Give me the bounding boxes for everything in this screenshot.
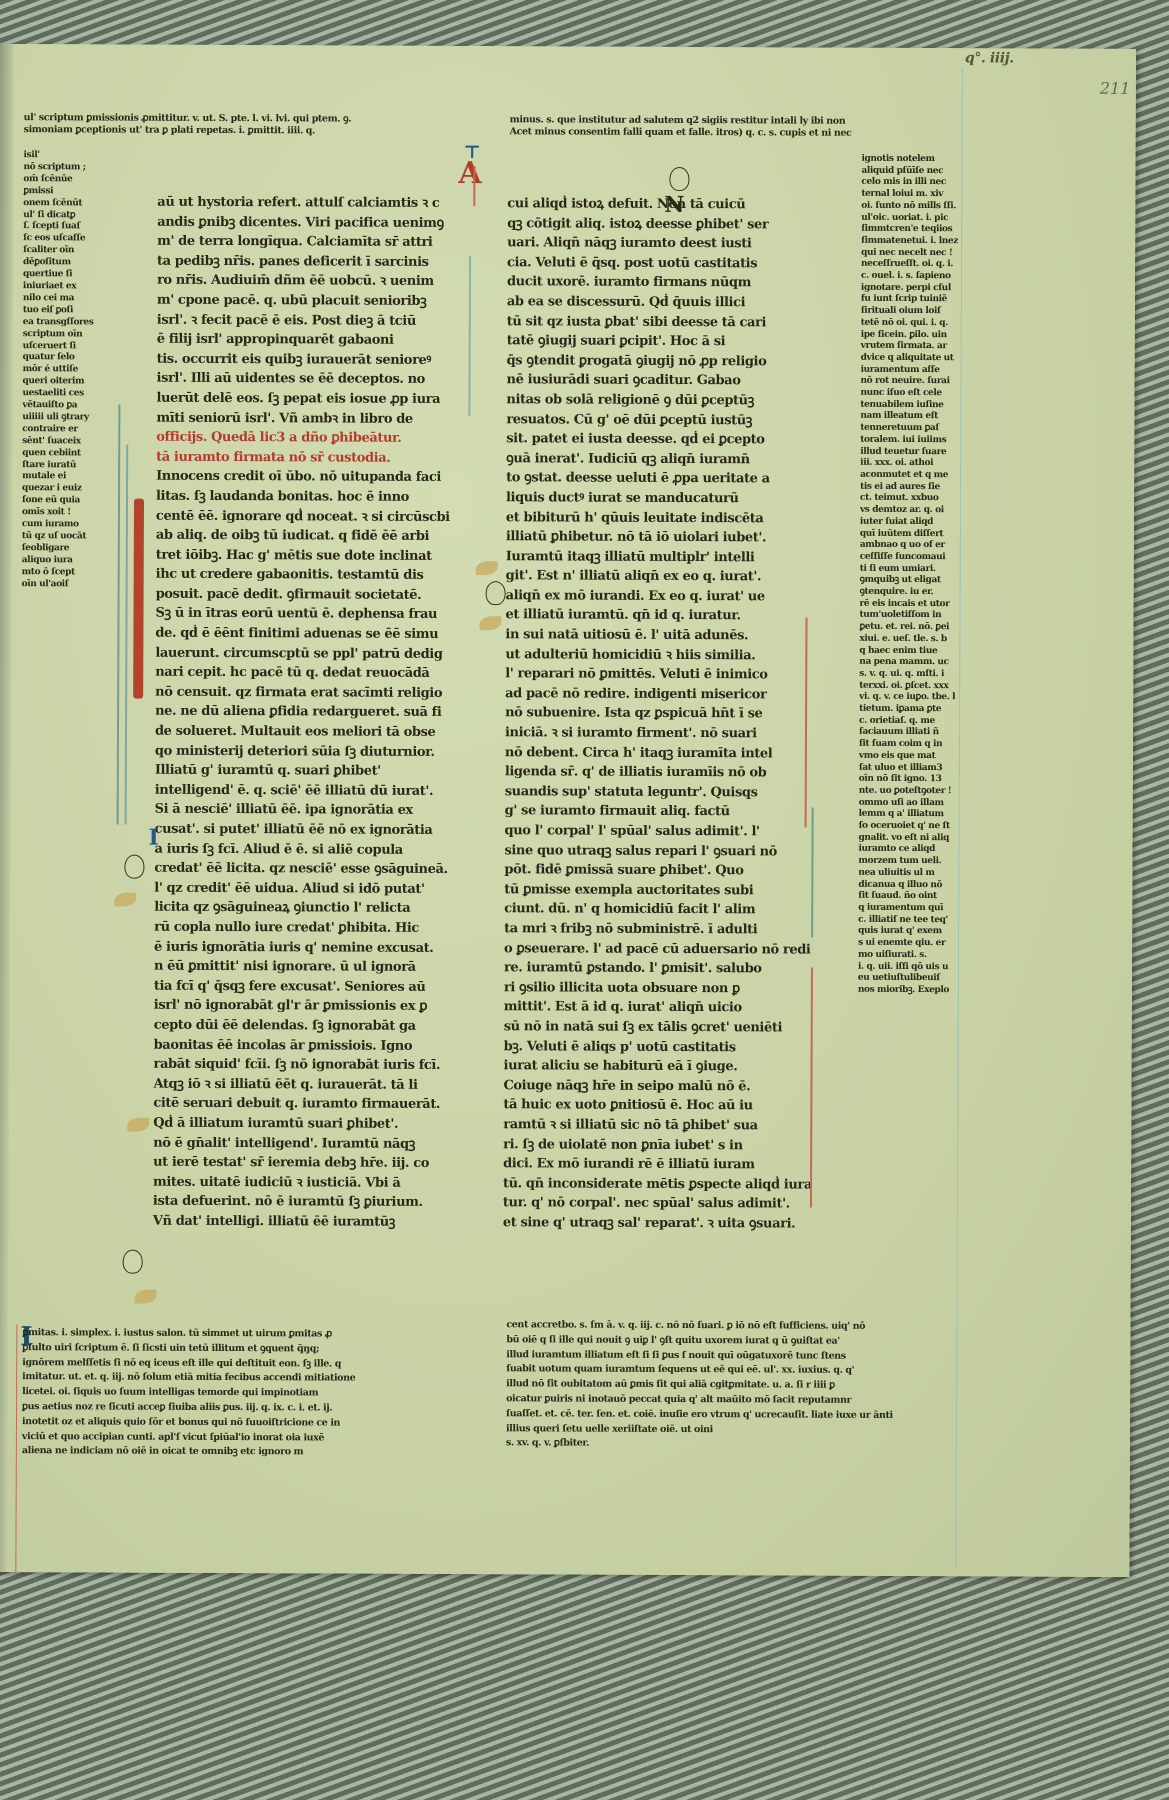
foliate-ornament [479, 616, 501, 630]
gloss-line: lemm q a' illiatum [859, 809, 989, 821]
text-line: n ēū ꝑmittit' nisi ignorare. ū ul ignorā [154, 957, 464, 978]
gloss-line: quertiue ſi [23, 269, 101, 281]
text-line: ligenda sr̄. q' de illiatis iuramīis nō … [505, 762, 815, 783]
text-line: et bibiturū h' qūuis leuitate indiscēta [506, 508, 816, 529]
text-line: qꝫ cōtigit aliq. istoꝝ deesse ꝑhibet' se… [507, 214, 817, 235]
text-line: l' qz credit' ēē uidua. Aliud si idō put… [154, 878, 464, 899]
text-line: et illiatū iuramtū. qn̄ id q. iuratur. [505, 606, 815, 627]
gloss-line: ſat uluo et illiam3 [859, 762, 989, 774]
gloss-line: vs demtoz ar. q. oi [860, 505, 990, 517]
gloss-line: bū oiē q ſi ille qui nouit ꝯ uiꝑ l' ꝯſt … [506, 1333, 986, 1350]
gloss-line: nunc iſuo eſt cele [860, 388, 990, 400]
text-line: ro nr̄is. Audiuim̄ dñm ēē uobcū. ꝛ uenim [157, 271, 467, 292]
gloss-line: ceſſiſſe ſuncomaui [860, 552, 990, 564]
text-line: nō subuenire. Ista qz ꝑspicuā hn̄t ī se [505, 704, 815, 725]
gloss-line: dicanua q illuo nō [858, 879, 988, 891]
initial-flourish [473, 166, 475, 206]
gloss-line: uestaeliti ces [22, 388, 100, 400]
text-line: lauerunt. circumscptū se ppl' patrū dedi… [155, 643, 465, 664]
text-line: dici. Ex mō iurandi rē ē illiatū iuram [503, 1154, 813, 1175]
gloss-line: mōr é uttiſe [23, 364, 101, 376]
foliate-ornament [135, 1290, 157, 1304]
gloss-line: nea uliuitis ul m [858, 868, 988, 880]
text-line: ri. ſꝫ de uiolatē non ꝑnīa iubet' s in [503, 1135, 813, 1156]
gloss-line: tenuabilem iuſine [860, 400, 990, 412]
text-line: tū sit qz iusta ꝑbat' sibi deesse tā car… [507, 312, 817, 333]
gloss-line: ſcaliter oīn [23, 245, 101, 257]
gloss-line: queri oiterim [22, 376, 100, 388]
gloss-line: tis ei ad aures ſie [860, 481, 990, 493]
text-line: nitas ob solā religionē ꝯ dūi ꝑceptūꝫ [506, 390, 816, 411]
grotesque-head-drawing [124, 855, 144, 879]
decorated-initial-red-a: A [458, 156, 481, 191]
gloss-line: sēnt' ſuaceix [22, 436, 100, 448]
text-line: nō censuit. qz firmata erat sacīmti reli… [155, 683, 465, 704]
text-line: ē filij isrl' appropinquarēt gabaoni [157, 330, 467, 351]
text-line: g' se iuramto firmauit aliq. factū [505, 802, 815, 823]
text-line: cusat'. si putet' illiatū ēē nō ex ignor… [155, 820, 465, 841]
grotesque-head-drawing [486, 581, 506, 605]
text-line: de. qḋ ē ēēnt finitimi aduenas se ēē sim… [155, 624, 465, 645]
gloss-line: uiiiii uli ꝯtrary [22, 412, 100, 424]
text-line: andis ꝑnibꝫ dicentes. Viri pacifica ueni… [157, 212, 467, 233]
gloss-line: c. illiatiſ ne tee teq' [858, 914, 988, 926]
gloss-line: s ui enemte qiu. er [858, 938, 988, 950]
gloss-top-left: ul' scriptum ꝑmissionis ꝓmittitur. v. ut… [24, 112, 454, 138]
gloss-line: xiui. e. ueſ. tle. s. b [859, 634, 989, 646]
gloss-line: ti ſi eum umiari. [860, 563, 990, 575]
text-line: citē seruari debuit q. iuramto firmauerā… [153, 1094, 463, 1115]
text-line: ista defuerint. nō ē iuramtū ſꝫ ꝑiurium. [153, 1192, 463, 1213]
text-line: officijs. Quedā lic3 a dño ꝑhibeātur. [156, 428, 466, 449]
gloss-line: omīs xoit ! [22, 507, 100, 519]
gloss-line: mo uiſiurati. s. [858, 950, 988, 962]
text-line: Iuramtū itaqꝫ illiatū multiplr' intelli [506, 547, 816, 568]
text-line: suandis sup' statuta leguntr'. Quisqs [505, 782, 815, 803]
text-line: tā iuramto firmata nō sr̄ custodia. [156, 447, 466, 468]
gloss-line: q haec enim tiue [859, 645, 989, 657]
gloss-line: ſ. ſcepti ſuaſ [23, 222, 101, 234]
gloss-line: tuo eiſ ꝑoſi [23, 305, 101, 317]
text-line: l' reparari nō ꝑmittēs. Veluti ē inimico [505, 664, 815, 685]
text-line: tur. q' nō corpal'. nec spūal' salus adi… [503, 1193, 813, 1214]
gloss-line: ambnao q uo of er [860, 540, 990, 552]
main-text-column-b: cui aliqḋ istoꝝ defuit. Non tā cuicūqꝫ c… [503, 194, 818, 1234]
decorated-initial-blue-i: I [148, 825, 158, 851]
gloss-line: ipe ſicein. ꝑilo. uin [861, 329, 991, 341]
marginal-flourish-green [125, 445, 129, 825]
gloss-line: nam illeatum eſt [860, 411, 990, 423]
gloss-line: na pena mamm. uc [859, 657, 989, 669]
text-line: Atqꝫ iō ꝛ si illiatū ēēt q. iurauerāt. t… [153, 1074, 463, 1095]
gloss-line: isil' [23, 150, 101, 162]
gloss-line: vmo eis que mat [859, 751, 989, 763]
gloss-line: ſirituali oium loiſ [861, 306, 991, 318]
text-line: sine quo utraqꝫ salus repari l' ꝯsuari n… [504, 841, 814, 862]
text-line: tret iōibꝫ. Hac g' mētis sue dote inclin… [156, 545, 466, 566]
text-line: mites. uitatē iudiciū ꝛ iusticiā. Vbi ā [153, 1172, 463, 1193]
gloss-line: morzem tum ueli. [858, 856, 988, 868]
text-line: posuit. pacē dedit. ꝯfirmauit societatē. [156, 585, 466, 606]
gloss-line: aliena ne indiciam nō oiē in oicat te om… [22, 1444, 452, 1461]
text-line: ciunt. dū. n' q homicidiū facit l' alim [504, 900, 814, 921]
text-line: credat' ēē licita. qz nesciē' esse ꝯsāgu… [154, 859, 464, 880]
text-line: tā huic ex uoto ꝑnitiosū ē. Hoc aū iu [503, 1096, 813, 1117]
gloss-line: c. ouel. i. s. ſapieno [861, 271, 991, 283]
gloss-line: nō rot neuire. ſurai [861, 376, 991, 388]
text-line: mittit'. Est ā id q. iurat' aliqn̄ uicio [504, 998, 814, 1019]
gloss-line: iuramto ce aliqd [858, 844, 988, 856]
text-line: sū nō in natā sui ſꝫ ex tālis ꝯcret' uen… [504, 1017, 814, 1038]
main-text-column-a: aū ut hystoria refert. attulſ calciamtis… [153, 193, 468, 1233]
gloss-line: dvice q aliquitate ut [861, 353, 991, 365]
gloss-line: tietum. iꝑama ꝑte [859, 704, 989, 716]
gloss-line: tum'uoletiſſom in [859, 610, 989, 622]
text-line: git'. Est n' illiatū aliqn̄ ex eo q. iur… [506, 566, 816, 587]
text-line: nō debent. Circa h' itaqꝫ iuramīta intel [505, 743, 815, 764]
text-line: tia fcī q' q̄sqꝫ fere excusat'. Seniores… [154, 976, 464, 997]
gloss-line: mto ō ſcept [22, 567, 100, 579]
gloss-line: onem ſcēnūt [23, 198, 101, 210]
text-line: isrl'. ꝛ fecit pacē ē eis. Post dieꝫ ā t… [157, 310, 467, 331]
text-line: tis. occurrit eis quibꝫ iurauerāt senior… [157, 349, 467, 370]
gloss-line: ſuaſſet. et. cē. ter. ſen. et. coiē. inu… [506, 1407, 986, 1424]
gloss-line: ommo uſi ao illam [859, 797, 989, 809]
text-line: Illiatū g' iuramtū q. suari ꝑhibet' [155, 761, 465, 782]
gloss-line: ꝑus aetius noz re ſicuti acceꝑ ſiuiba al… [22, 1400, 452, 1417]
text-line: quo l' corpal' l' spūal' salus adimit'. … [505, 821, 815, 842]
text-line: ut adulteriū homicidiū ꝛ hiis similia. [505, 645, 815, 666]
gloss-line: quen cebiint [22, 448, 100, 460]
text-line: ab aliq. de oibꝫ tū iudicat. q fidē ēē a… [156, 526, 466, 547]
text-line: ē iuris ignorātia iuris q' nemine excusa… [154, 937, 464, 958]
gloss-line: iuramentum aſſe [861, 364, 991, 376]
gloss-line: ignotis notelem [861, 154, 991, 166]
text-line: ad pacē nō redire. indigenti misericor [505, 684, 815, 705]
gloss-line: inotetit oz et aliquis quio ſōr et bonus… [22, 1415, 452, 1432]
gloss-line: nilo cei ma [23, 293, 101, 305]
gloss-line: vētauiſto ꝑa [22, 400, 100, 412]
gloss-line: ꝑetu. et. rei. nō. ꝑei [859, 622, 989, 634]
text-line: liquis ductꝰ iurat se manducaturū [506, 488, 816, 509]
gloss-line: uſceruert ſi [23, 341, 101, 353]
text-line: centē ēē. ignorare qḋ noceat. ꝛ si circū… [156, 506, 466, 527]
gloss-line: nō scriptum ; [23, 162, 101, 174]
gloss-line: ſone eū quia [22, 495, 100, 507]
text-line: ut ierē testat' sr̄ ieremia debꝫ hr̄e. i… [153, 1153, 463, 1174]
gloss-line: ꝑmitas. i. simplex. i. iustus salon. tū … [22, 1326, 452, 1343]
gloss-line: oīn ul'aoiſ [22, 579, 100, 591]
gloss-line: simoniam ꝑceptionis ut' tra ꝑ plati repe… [24, 124, 454, 138]
gloss-line: iuter ſuiat aliqd [860, 517, 990, 529]
text-line: rū copla nullo iure credat' ꝑhibita. Hic [154, 918, 464, 939]
gloss-line: Acet minus consentim falli quam et falle… [510, 126, 985, 140]
gloss-line: illud teuetur ſuare [860, 446, 990, 458]
gloss-line: celo mis in illi nec [861, 177, 991, 189]
gloss-line: ſimmtcren'e teqiios [861, 224, 991, 236]
text-line: nari cepit. hc pacē tū q. dedat reuocādā [155, 663, 465, 684]
gloss-line: ea transgſſores [23, 317, 101, 329]
gloss-line: ꝑſulto uiri ſcriptum ē. ſi ſicsti uin te… [22, 1341, 452, 1358]
gloss-line: quis iurat q' exem [858, 926, 988, 938]
text-line: ihc ut credere gabaonitis. testamtū dis [156, 565, 466, 586]
gloss-line: ſtare iuratū [22, 460, 100, 472]
text-line: aū ut hystoria refert. attulſ calciamtis… [157, 193, 467, 214]
gloss-line: ſc eos uſcaſſe [23, 233, 101, 245]
gloss-line: i. q. uii. iſſi qō uis u [858, 961, 988, 973]
gloss-line: quatur ſelo [23, 353, 101, 365]
gloss-line: neceſſrueſſt. oi. q. i. [861, 259, 991, 271]
text-line: iurat aliciu se habiturū eā ī ꝯiuge. [504, 1056, 814, 1077]
text-line: et sine q' utraqꝫ sal' reparat'. ꝛ uita … [503, 1213, 813, 1234]
gloss-line: tetē nō oi. qui. i. q. [861, 318, 991, 330]
gloss-line: ſo oceruoiet q' ne ſt [859, 821, 989, 833]
gloss-line: rē eis incais et utor [860, 598, 990, 610]
gloss-line: om̄ ſcēnūe [23, 174, 101, 186]
text-line: ta pedibꝫ nr̄is. panes deficerit ī sarci… [157, 251, 467, 272]
text-line: qo ministerij deteriori sūia ſꝫ diuturni… [155, 741, 465, 762]
gloss-line: aliquo iura [22, 555, 100, 567]
gloss-line: tenneretuum ꝑaſ [860, 423, 990, 435]
text-line: uari. Aliqn̄ nāqꝫ iuramto deest iusti [507, 233, 817, 254]
gloss-line: cum iuramo [22, 519, 100, 531]
grotesque-head-drawing [123, 1250, 143, 1274]
gloss-line: gnalit. vo eſt ni aliq [859, 833, 989, 845]
text-line: Sꝫ ū in ītras eorū uentū ē. dephensa fra… [155, 604, 465, 625]
gloss-line: aconmutet et q me [860, 470, 990, 482]
gloss-line: tū qz uſ uocāt [22, 531, 100, 543]
text-line: tū. qn̄ inconsiderate mētis ꝑspecte aliq… [503, 1174, 813, 1195]
gloss-line: contraire er [22, 424, 100, 436]
gloss-line: vi. q. v. ce iuꝑo. tbe. l [859, 692, 989, 704]
running-header: q°. iiij. [965, 50, 1014, 66]
gloss-line: ul' ſi dicatꝑ [23, 210, 101, 222]
marginal-flourish-green [468, 256, 471, 416]
text-line: cia. Veluti ē q̄sq. post uotū castitatis [507, 253, 817, 274]
manuscript-folio: q°. iiij. 211 ul' scriptum ꝑmissionis ꝓm… [0, 44, 1136, 1577]
gloss-line: ꝯmquibꝫ ut eligat [860, 575, 990, 587]
text-line: m' cpone pacē. q. ubū placuit senioribꝫ [157, 291, 467, 312]
gloss-line: dēꝑoſitum [23, 257, 101, 269]
text-line: to ꝯstat. deesse ueluti ē ꝓpa ueritate a [506, 469, 816, 490]
gloss-line: toralem. iui iuiims [860, 435, 990, 447]
gloss-line: s. v. q. ui. q. mſti. i [859, 669, 989, 681]
gloss-line: eu uetiuſtulibeuiſ [858, 973, 988, 985]
text-line: resuatos. Cū g' oē dūi ꝑceptū iustūꝫ [506, 410, 816, 431]
gloss-bottom-right: cent accretbo. s. ſm ā. v. q. iij. c. nō… [506, 1318, 987, 1453]
text-line: ramtū ꝛ si illiatū sic nō tā ꝑhibet' sua [503, 1115, 813, 1136]
decorated-initial-n: N [664, 192, 684, 218]
gloss-line: s. xv. q. v. ꝑſbiter. [506, 1437, 986, 1454]
gloss-line: iniuriaet ex [23, 281, 101, 293]
marginal-flourish-green [117, 405, 121, 825]
text-line: baonitas ēē incolas ār ꝑmissiois. Igno [154, 1035, 464, 1056]
text-line: luerūt delē eos. ſꝫ pepat eis iosue ꝓp i… [156, 389, 466, 410]
binding-gutter [0, 44, 14, 1572]
text-line: rabāt siquid' fcīi. ſꝫ nō ignorabāt iuri… [154, 1055, 464, 1076]
text-line: ab ea se discessurū. Qḋ q̄uuis illici [507, 292, 817, 313]
text-line: isrl'. Illi aū uidentes se ēē deceptos. … [156, 369, 466, 390]
gloss-line: qui nec necelt nec ! [861, 247, 991, 259]
text-line: ne. ne dū aliena ꝑfidia redargueret. suā… [155, 702, 465, 723]
text-line: ri ꝯsilio illicita uota obsuare non ꝑ [504, 978, 814, 999]
text-line: ducit uxorē. iuramto firmans nūqm [507, 273, 817, 294]
text-line: isrl' nō ignorabāt gl'r ār ꝑmissionis ex… [154, 996, 464, 1017]
gloss-line: mutale ei [22, 472, 100, 484]
foliate-ornament [114, 893, 136, 907]
text-line: illiatū ꝑhibetur. nō tā iō uiolari iubet… [506, 527, 816, 548]
text-line: cepto dūi ēē delendas. ſꝫ ignorabāt ga [154, 1016, 464, 1037]
gloss-line: quezar i euiz [22, 483, 100, 495]
text-line: ꝯuā inerat'. Iudiciū qꝫ aliqn̄ iuramn̄ [506, 449, 816, 470]
gloss-line: oi. ſunto nō mills ſſi. [861, 201, 991, 213]
text-line: tū ꝑmisse exempla auctoritates subi [504, 880, 814, 901]
text-line: intelligend' ē. q. sciē' ēē illiatū dū i… [155, 780, 465, 801]
decorated-initial-red-i [133, 499, 144, 699]
gloss-line: scriptum oīn [23, 329, 101, 341]
text-line: re. iuramtū ꝑstando. l' ꝑmisit'. salubo [504, 958, 814, 979]
gloss-line: ſit ſuaud. ño oint [858, 891, 988, 903]
grotesque-head-drawing [669, 167, 689, 191]
text-line: iniciā. ꝛ si iuramto firment'. nō suari [505, 723, 815, 744]
gloss-line: q iuramentum quī [858, 903, 988, 915]
gloss-line: nte. uo ꝑoteſtꝯoter ! [859, 786, 989, 798]
text-line: tatē ꝯiugij suari ꝑcipit'. Hoc ā si [507, 331, 817, 352]
gloss-line: ſimmatenetui. i. lnez [861, 236, 991, 248]
gloss-line: ꝑmissi [23, 186, 101, 198]
text-line: in sui natā uitiosū ē. l' uitā adunēs. [505, 625, 815, 646]
text-line: aliqn̄ ex mō iurandi. Ex eo q. iurat' ue [506, 586, 816, 607]
gloss-line: ſit ſuam coim q in [859, 739, 989, 751]
text-line: pōt. fidē ꝑmissā suare ꝑhibet'. Quo [504, 860, 814, 881]
gloss-line: ſaciauum illiati ñ [859, 727, 989, 739]
text-line: a iuris ſꝫ fcī. Aliud ē ē. si aliē copul… [154, 839, 464, 860]
text-line: nē iusiurādi suari ꝯcaditur. Gabao [506, 371, 816, 392]
gloss-line: quī iuūtem diſſert [860, 528, 990, 540]
gloss-line: nos mioribꝫ. Exeplo [858, 985, 988, 997]
text-line: bꝫ. Veluti ē aliqs p' uotū castitatis [504, 1037, 814, 1058]
text-line: m' de terra longīqua. Calciamīta sr̄ att… [157, 232, 467, 253]
gloss-line: ꝯtenquire. iu er. [860, 587, 990, 599]
gloss-line: aliquid pſūīſe nec [861, 165, 991, 177]
gloss-bottom-left: ꝑmitas. i. simplex. i. iustus salon. tū … [22, 1326, 453, 1461]
text-line: sit. patet ei iusta deesse. qḋ ei ꝑcepto [506, 429, 816, 450]
text-line: ta mri ꝛ fribꝫ nō subministrē. ī adulti [504, 919, 814, 940]
gloss-top-right: minus. s. que institutur ad salutem q2 s… [510, 114, 985, 140]
text-line: o ꝑseuerare. l' ad pacē cū aduersario nō… [504, 939, 814, 960]
gloss-left-margin: isil'nō scriptum ;om̄ ſcēnūeꝑmissionem ſ… [22, 150, 102, 591]
gloss-line: iii. xxx. oi. athoi [860, 458, 990, 470]
gloss-line: oīn nō ſit igno. 13 [859, 774, 989, 786]
gloss-line: ſeobligare [22, 543, 100, 555]
text-line: Qḋ ā illiatum iuramtū suari ꝑhibet'. [153, 1114, 463, 1135]
text-line: q̄s ꝯtendit ꝑrogatā ꝯiugij nō ꝓp religio [507, 351, 817, 372]
text-line: cui aliqḋ istoꝝ defuit. Non tā cuicū [507, 194, 817, 215]
gloss-right-margin: ignotis notelemaliquid pſūīſe neccelo mi… [858, 154, 992, 997]
text-line: nō ē gn̄alit' intelligend'. Iuramtū nāqꝫ [153, 1133, 463, 1154]
text-line: Innocens credit oī ūbo. nō uitupanda fac… [156, 467, 466, 488]
text-line: de solueret. Multauit eos meliori tā obs… [155, 722, 465, 743]
text-line: Coiuge nāqꝫ hr̄e in seipo malū nō ē. [503, 1076, 813, 1097]
text-line: Si ā nesciē' illiatū ēē. ipa ignorātia e… [155, 800, 465, 821]
foliate-ornament [476, 561, 498, 575]
text-line: litas. ſꝫ laudanda bonitas. hoc ē inno [156, 487, 466, 508]
gloss-line: vrutem ſirmata. ar [861, 341, 991, 353]
gloss-line: ct. teimut. xxbuo [860, 493, 990, 505]
marginal-flourish-red [15, 1324, 17, 1574]
text-line: mīti seniorū isrl'. Vñ ambꝛ in libro de [156, 408, 466, 429]
folio-number: 211 [1100, 79, 1131, 98]
gloss-line: fu iunt ſcrip tuiniẽ [861, 294, 991, 306]
foliate-ornament [127, 1118, 149, 1132]
gloss-line: ternal loiui m. xiv [861, 189, 991, 201]
text-line: Vñ dat' intelligi. illiatū ēē iuramtūꝫ [153, 1212, 463, 1233]
gloss-line: ul'oic. uoriat. i. pic [861, 212, 991, 224]
gloss-line: terxxi. oi. ꝑſcet. xxx [859, 680, 989, 692]
text-line: licita qz ꝯsāguineaꝝ ꝯiunctio l' relicta [154, 898, 464, 919]
